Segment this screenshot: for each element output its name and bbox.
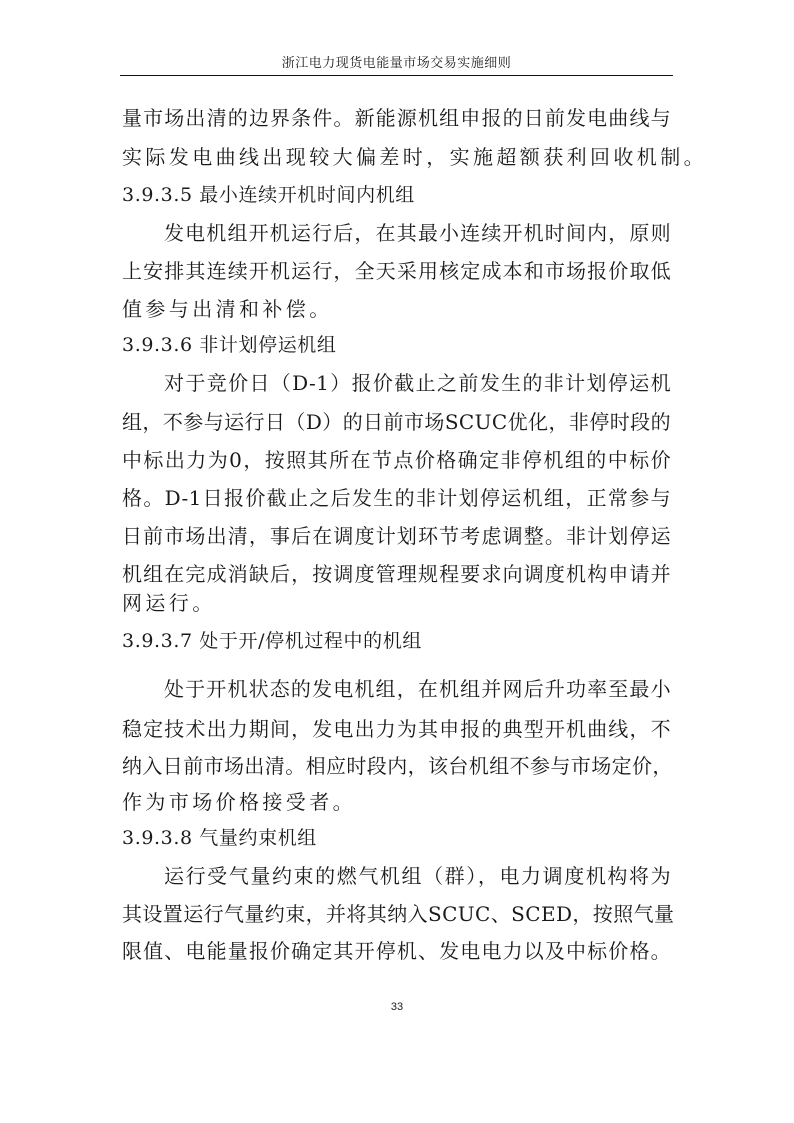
- paragraph-line: 发电机组开机运行后，在其最小连续开机时间内，原则: [164, 220, 671, 246]
- paragraph-line: 作为市场价格接受者。: [122, 789, 671, 815]
- page-number: 33: [0, 1001, 794, 1013]
- section-heading-3-9-3-7: 3.9.3.7 处于开/停机过程中的机组: [122, 628, 422, 654]
- paragraph-line: 稳定技术出力期间，发电出力为其申报的典型开机曲线，不: [122, 716, 671, 742]
- paragraph-line: 上安排其连续开机运行，全天采用核定成本和市场报价取低: [122, 258, 671, 284]
- paragraph-line: 限值、电能量报价确定其开停机、发电电力以及中标价格。: [122, 938, 671, 964]
- paragraph-line: 处于开机状态的发电机组，在机组并网后升功率至最小: [164, 676, 671, 702]
- paragraph-line: 量市场出清的边界条件。新能源机组申报的日前发电曲线与: [122, 105, 671, 131]
- paragraph-line: 其设置运行气量约束，并将其纳入SCUC、SCED，按照气量: [122, 901, 671, 927]
- paragraph-line: 网运行。: [122, 590, 671, 616]
- section-heading-3-9-3-6: 3.9.3.6 非计划停运机组: [122, 332, 337, 358]
- section-heading-3-9-3-5: 3.9.3.5 最小连续开机时间内机组: [122, 182, 415, 208]
- paragraph-line: 格。D-1日报价截止之后发生的非计划停运机组，正常参与: [122, 485, 671, 511]
- paragraph-line: 日前市场出清，事后在调度计划环节考虑调整。非计划停运: [122, 523, 671, 549]
- paragraph-line: 中标出力为0，按照其所在节点价格确定非停机组的中标价: [122, 447, 671, 473]
- paragraph-line: 对于竞价日（D-1）报价截止之前发生的非计划停运机: [164, 370, 671, 396]
- paragraph-line: 纳入日前市场出清。相应时段内，该台机组不参与市场定价，: [122, 753, 671, 779]
- header-rule: [120, 75, 673, 76]
- paragraph-line: 机组在完成消缺后，按调度管理规程要求向调度机构申请并: [122, 561, 671, 587]
- paragraph-line: 运行受气量约束的燃气机组（群），电力调度机构将为: [164, 863, 671, 889]
- paragraph-line: 实际发电曲线出现较大偏差时，实施超额获利回收机制。: [122, 144, 671, 170]
- page-header-title: 浙江电力现货电能量市场交易实施细则: [120, 52, 673, 71]
- paragraph-line: 组，不参与运行日（D）的日前市场SCUC优化，非停时段的: [122, 409, 671, 435]
- section-heading-3-9-3-8: 3.9.3.8 气量约束机组: [122, 825, 317, 851]
- paragraph-line: 值参与出清和补偿。: [122, 296, 671, 322]
